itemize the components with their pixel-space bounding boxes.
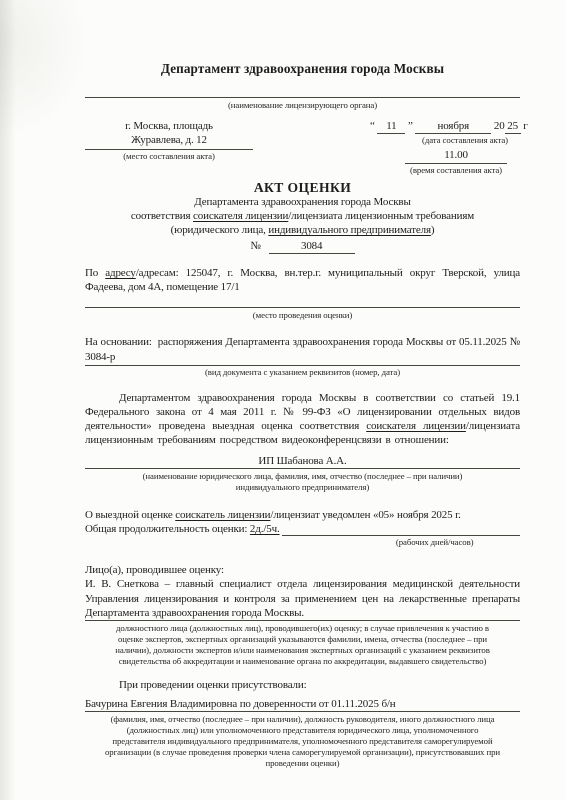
org-caption: (наименование лицензирующего органа) <box>85 100 520 111</box>
date-open-quote: “ <box>370 120 375 132</box>
assessor-intro: Лицо(а), проводившее оценку: <box>85 563 520 577</box>
assessor-text: И. В. Снеткова – главный специалист отде… <box>85 577 520 621</box>
date-close-quote: ” <box>408 120 413 132</box>
act-number-value: 3084 <box>269 239 355 254</box>
meta-row: г. Москва, площадь Журавлева, д. 12 (мес… <box>85 119 520 175</box>
attendees-intro: При проведении оценки присутствовали: <box>85 678 520 692</box>
place-lines: г. Москва, площадь Журавлева, д. 12 <box>85 119 253 149</box>
subject-block: ИП Шабанова А.А. (наименование юридическ… <box>85 454 520 493</box>
date-year-value: 25 <box>505 119 521 134</box>
place-caption: (место составления акта) <box>85 151 253 162</box>
document-page: Департамент здравоохранения города Москв… <box>0 0 566 800</box>
assessor-caption: должностного лица (должностных лиц), про… <box>105 623 501 667</box>
act-title-block: АКТ ОЦЕНКИ Департамента здравоохранения … <box>85 181 520 254</box>
attendee-name: Бачурина Евгения Владимировна по доверен… <box>85 697 520 712</box>
org-header: Департамент здравоохранения города Москв… <box>85 62 520 111</box>
duration-value: 2д./5ч. <box>250 522 280 536</box>
act-subtitle-1: Департамента здравоохранения города Моск… <box>85 195 520 209</box>
act-subtitle-3: (юридического лица, индивидуального пред… <box>85 223 520 237</box>
assessment-place-caption: (место проведения оценки) <box>85 310 520 321</box>
time-line: 11.00 <box>370 148 542 163</box>
time-value: 11.00 <box>405 148 507 163</box>
duration-blank-line <box>282 522 520 536</box>
act-number-label: № <box>250 240 260 252</box>
date-year-unit: г <box>523 120 527 132</box>
date-caption: (дата составления акта) <box>370 135 542 146</box>
act-subtitle-2: соответствия соискателя лицензии/лицензи… <box>85 209 520 223</box>
basis-paragraph: На основании: распоряжения Департамента … <box>85 335 520 365</box>
assessment-place-rule <box>85 307 520 308</box>
duration-label: Общая продолжительность оценки: <box>85 522 247 536</box>
main-paragraph: Департаментом здравоохранения города Мос… <box>85 391 520 448</box>
attendee-caption: (фамилия, имя, отчество (последнее – при… <box>100 714 505 769</box>
date-day-value: 11 <box>377 119 405 134</box>
subject-caption: (наименование юридического лица, фамилия… <box>111 471 494 493</box>
place-block: г. Москва, площадь Журавлева, д. 12 (мес… <box>85 119 253 175</box>
address-paragraph: По адресу/адресам: 125047, г. Москва, вн… <box>85 266 520 294</box>
place-line-1: г. Москва, площадь <box>85 119 253 133</box>
act-number-line: №3084 <box>85 239 520 254</box>
time-caption: (время составления акта) <box>370 165 542 176</box>
basis-caption: (вид документа с указанием реквизитов (н… <box>85 367 520 378</box>
date-year-prefix: 20 <box>494 120 505 132</box>
notice-line: О выездной оценке соискатель лицензии/ли… <box>85 508 520 522</box>
date-block: “ 11 ” ноября 2025 г (дата составления а… <box>370 119 542 175</box>
duration-caption: (рабочих дней/часов) <box>355 537 515 548</box>
org-title-rule <box>85 97 520 98</box>
duration-line: Общая продолжительность оценки: 2д./5ч. <box>85 522 520 536</box>
date-month-value: ноября <box>415 119 491 134</box>
org-title: Департамент здравоохранения города Москв… <box>85 62 520 76</box>
act-title: АКТ ОЦЕНКИ <box>85 181 520 195</box>
place-line-2: Журавлева, д. 12 <box>85 133 253 147</box>
date-line: “ 11 ” ноября 2025 г <box>370 119 542 134</box>
subject-name: ИП Шабанова А.А. <box>85 454 520 469</box>
